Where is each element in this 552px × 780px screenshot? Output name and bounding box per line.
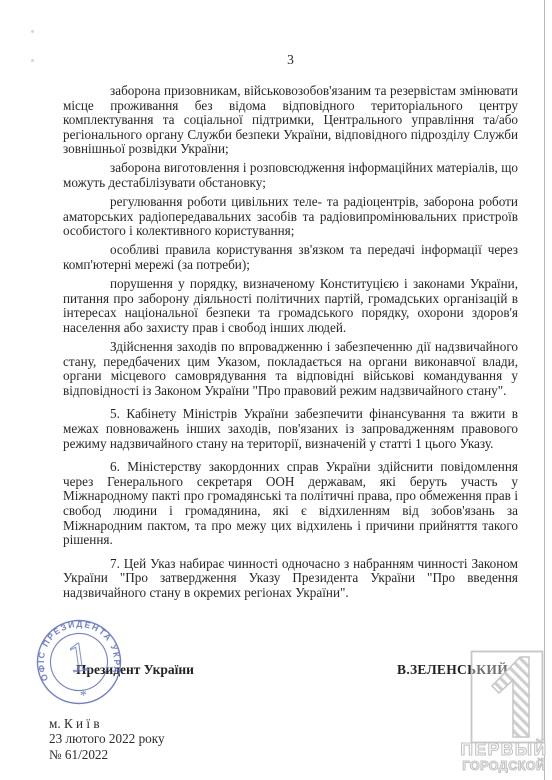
- paragraph-restriction-conscripts: заборона призовникам, військовозобов'яза…: [63, 84, 518, 157]
- paragraph-radio-regulation: регулювання роботи цивільних теле- та ра…: [63, 195, 518, 239]
- paragraph-implementation: Здійснення заходів по впровадженню і заб…: [63, 340, 518, 398]
- signature-name: В.ЗЕЛЕНСЬКИЙ: [397, 662, 508, 678]
- paragraph-communication-rules: особливі правила користування зв'язком т…: [63, 243, 518, 272]
- paragraph-item-5: 5. Кабінету Міністрів України забезпечит…: [63, 407, 518, 451]
- signature-row: Президент України В.ЗЕЛЕНСЬКИЙ: [76, 662, 508, 678]
- channel-name-line2: ГОРОДСКОЙ: [458, 760, 550, 773]
- document-footer: м. К и ї в 23 лютого 2022 року № 61/2022: [49, 716, 165, 762]
- page-number: 3: [63, 52, 518, 68]
- channel-name-line1: ПЕРВЫЙ: [458, 741, 550, 759]
- signature-title: Президент України: [76, 662, 194, 678]
- footer-number: № 61/2022: [49, 747, 165, 762]
- stamp-star: *: [79, 688, 88, 704]
- channel-name: ПЕРВЫЙ ГОРОДСКОЙ: [458, 741, 550, 772]
- scan-speck: [31, 30, 34, 33]
- footer-city: м. К и ї в: [49, 716, 165, 731]
- document-body: заборона призовникам, військовозобов'яза…: [63, 84, 518, 605]
- paragraph-party-ban: порушення у порядку, визначеному Констит…: [63, 277, 518, 335]
- paragraph-item-6: 6. Міністерству закордонних справ Україн…: [63, 460, 518, 548]
- paragraph-ban-materials: заборона виготовлення і розповсюдження і…: [63, 161, 518, 190]
- scanned-decree-page: 3 заборона призовникам, військовозобов'я…: [0, 0, 552, 780]
- scan-edge-line: [544, 0, 545, 780]
- paragraph-item-7: 7. Цей Указ набирає чинності одночасно з…: [63, 557, 518, 601]
- footer-date: 23 лютого 2022 року: [49, 731, 165, 746]
- scan-speck: [31, 59, 34, 62]
